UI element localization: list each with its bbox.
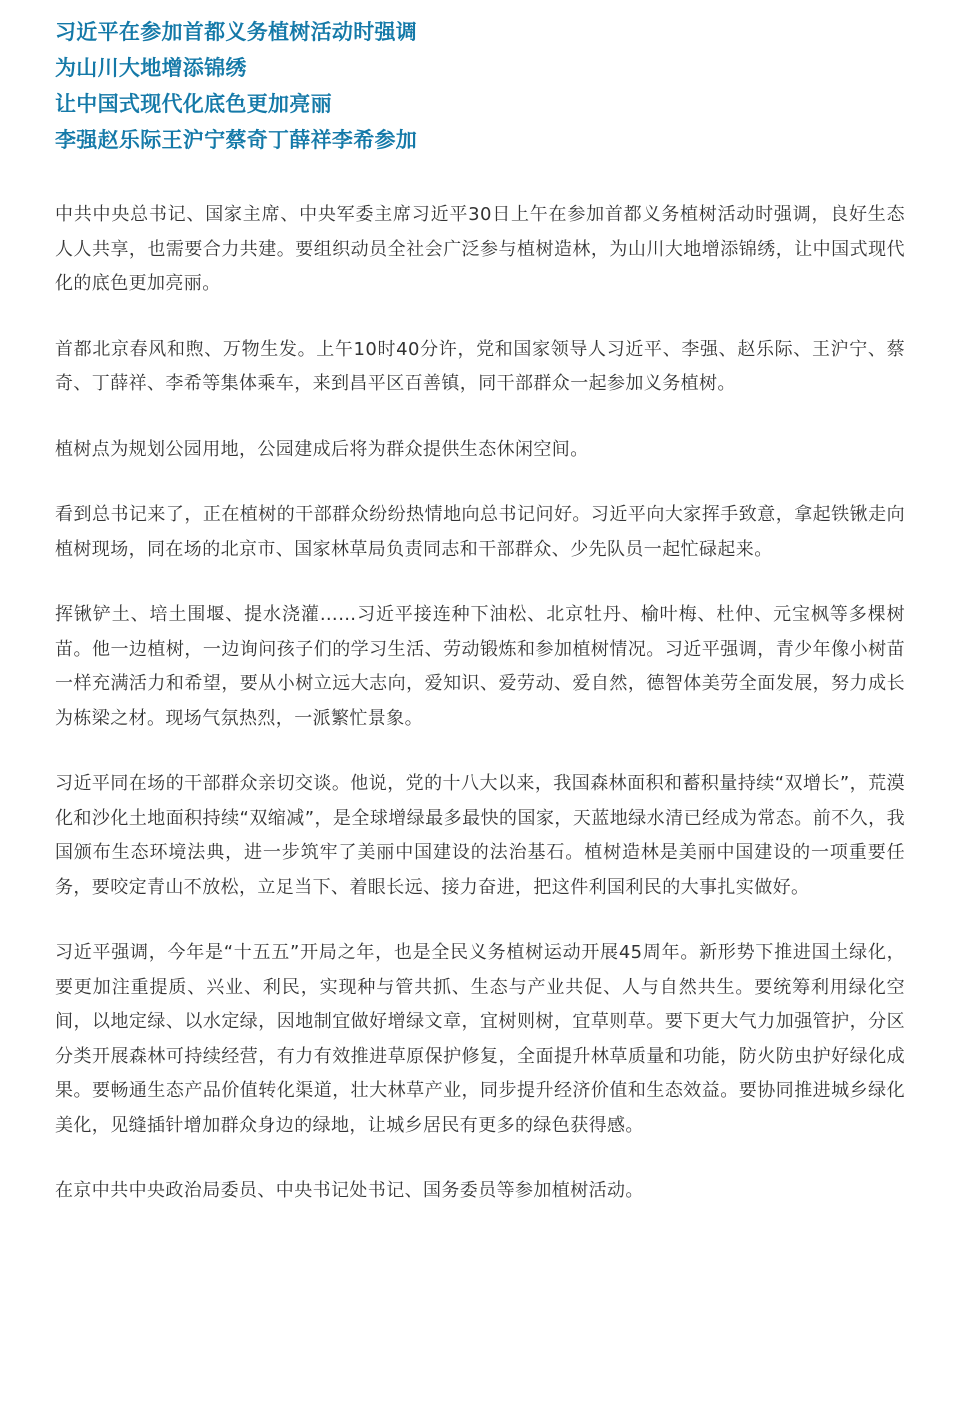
paragraph-1: 中共中央总书记、国家主席、中央军委主席习近平30日上午在参加首都义务植树活动时强… [55,198,905,302]
article: 习近平在参加首都义务植树活动时强调 为山川大地增添锦绣 让中国式现代化底色更加亮… [0,0,905,1209]
headline: 习近平在参加首都义务植树活动时强调 为山川大地增添锦绣 让中国式现代化底色更加亮… [55,0,905,158]
paragraph-4: 看到总书记来了，正在植树的干部群众纷纷热情地向总书记问好。习近平向大家挥手致意，… [55,498,905,567]
paragraph-6: 习近平同在场的干部群众亲切交谈。他说，党的十八大以来，我国森林面积和蓄积量持续“… [55,767,905,905]
paragraph-5: 挥锹铲土、培土围堰、提水浇灌……习近平接连种下油松、北京牡丹、榆叶梅、杜仲、元宝… [55,598,905,736]
paragraph-8: 在京中共中央政治局委员、中央书记处书记、国务委员等参加植树活动。 [55,1174,905,1209]
paragraph-3: 植树点为规划公园用地，公园建成后将为群众提供生态休闲空间。 [55,433,905,468]
article-body: 中共中央总书记、国家主席、中央军委主席习近平30日上午在参加首都义务植树活动时强… [55,198,905,1209]
paragraph-7: 习近平强调，今年是“十五五”开局之年，也是全民义务植树运动开展45周年。新形势下… [55,936,905,1143]
headline-line-3: 让中国式现代化底色更加亮丽 [55,86,905,122]
headline-line-2: 为山川大地增添锦绣 [55,50,905,86]
headline-line-4: 李强赵乐际王沪宁蔡奇丁薛祥李希参加 [55,122,905,158]
paragraph-2: 首都北京春风和煦、万物生发。上午10时40分许，党和国家领导人习近平、李强、赵乐… [55,333,905,402]
headline-line-1: 习近平在参加首都义务植树活动时强调 [55,14,905,50]
